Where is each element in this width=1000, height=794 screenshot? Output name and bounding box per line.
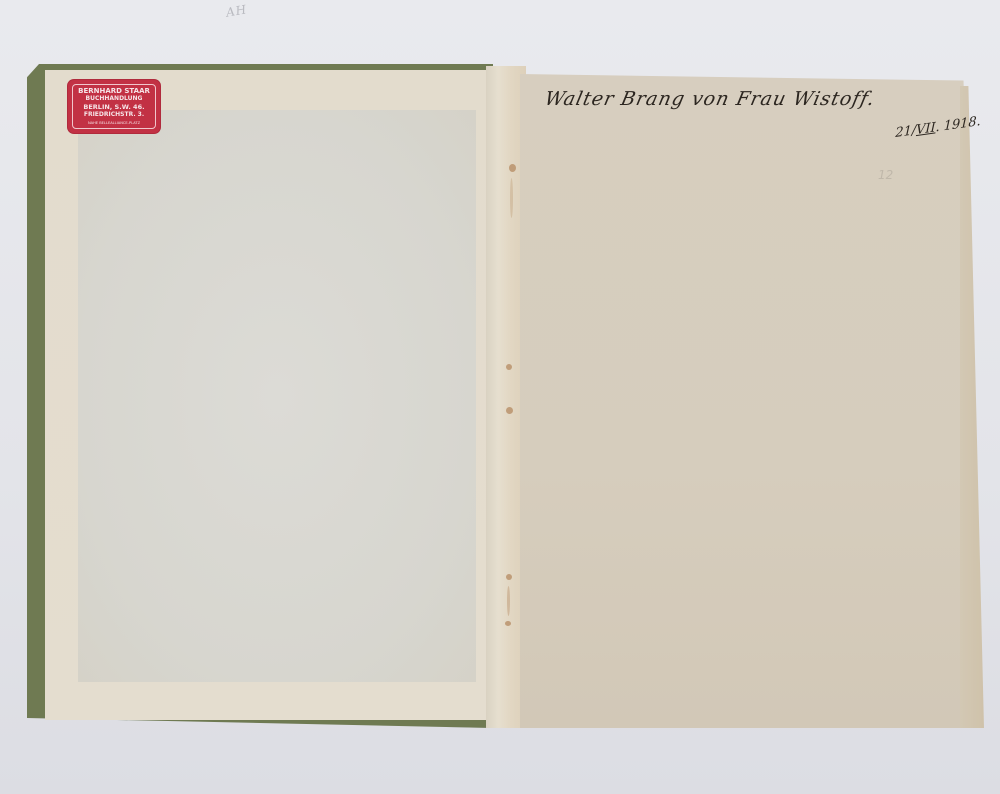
label-street: FRIEDRICHSTR. 3.	[73, 111, 155, 119]
label-note: NAHE BELLEALLIANCE-PLATZ	[73, 119, 155, 127]
foxing-streak	[507, 586, 510, 616]
bookseller-label-border: BERNHARD STAAR BUCHHANDLUNG BERLIN, S.W.…	[72, 84, 156, 129]
foxing-spot	[506, 364, 512, 370]
endpaper-inner-panel	[78, 110, 476, 682]
foxing-spot	[506, 407, 513, 414]
date-day: 21/	[895, 123, 916, 141]
handwritten-inscription: Walter Brang von Frau Wistoff.	[543, 88, 878, 110]
flyleaf-page	[520, 74, 982, 728]
foxing-spot	[509, 164, 516, 172]
foxing-streak	[510, 178, 513, 218]
label-type: BUCHHANDLUNG	[73, 95, 155, 103]
label-city: BERLIN, S.W. 46.	[73, 103, 155, 111]
faint-pencil-number: 12	[878, 168, 893, 182]
bookseller-label: BERNHARD STAAR BUCHHANDLUNG BERLIN, S.W.…	[68, 80, 160, 133]
foxing-spot	[505, 621, 511, 626]
date-month: VII	[916, 120, 936, 138]
label-name: BERNHARD STAAR	[73, 87, 155, 95]
foxing-spot	[506, 574, 512, 580]
